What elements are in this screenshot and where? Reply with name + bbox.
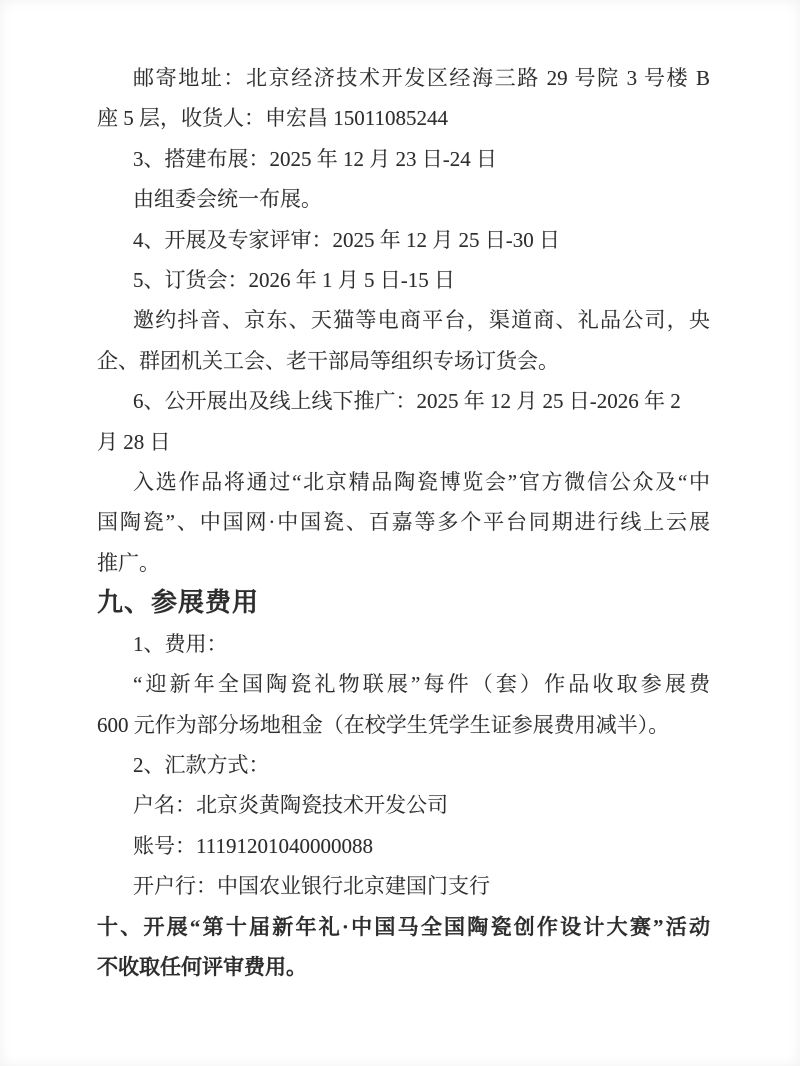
- line-public-display-2: 月 28 日: [97, 422, 710, 462]
- line-remittance-label: 2、汇款方式：: [97, 745, 710, 785]
- line-invited-platforms-1: 邀约抖音、京东、天猫等电商平台，渠道商、礼品公司，央: [97, 300, 710, 340]
- line-order-fair-dates: 5、订货会：2026 年 1 月 5 日-15 日: [97, 260, 710, 300]
- section-heading-contest-1: 十、开展“第十届新年礼·中国马全国陶瓷创作设计大赛”活动: [97, 907, 710, 947]
- line-fee-detail-1: “迎新年全国陶瓷礼物联展”每件（套）作品收取参展费: [97, 664, 710, 704]
- line-review-dates: 4、开展及专家评审：2025 年 12 月 25 日-30 日: [97, 220, 710, 260]
- line-account-number: 账号：11191201040000088: [97, 826, 710, 866]
- line-account-name: 户名：北京炎黄陶瓷技术开发公司: [97, 785, 710, 825]
- line-setup-by-committee: 由组委会统一布展。: [97, 179, 710, 219]
- line-bank-branch: 开户行：中国农业银行北京建国门支行: [97, 866, 710, 906]
- line-mailing-address: 邮寄地址：北京经济技术开发区经海三路 29 号院 3 号楼 B: [97, 58, 710, 98]
- line-recipient-phone: 座 5 层，收货人：申宏昌 15011085244: [97, 98, 710, 138]
- line-online-promo-2: 国陶瓷”、中国网·中国瓷、百嘉等多个平台同期进行线上云展: [97, 502, 710, 542]
- line-fee-label: 1、费用：: [97, 624, 710, 664]
- section-heading-fees: 九、参展费用: [97, 583, 710, 623]
- document-page: 邮寄地址：北京经济技术开发区经海三路 29 号院 3 号楼 B 座 5 层，收货…: [0, 0, 800, 1066]
- line-setup-dates: 3、搭建布展：2025 年 12 月 23 日-24 日: [97, 139, 710, 179]
- section-heading-contest-2: 不收取任何评审费用。: [97, 947, 710, 987]
- line-invited-platforms-2: 企、群团机关工会、老干部局等组织专场订货会。: [97, 341, 710, 381]
- line-public-display-1: 6、公开展出及线上线下推广：2025 年 12 月 25 日-2026 年 2: [97, 381, 710, 421]
- line-online-promo-1: 入选作品将通过“北京精品陶瓷博览会”官方微信公众及“中: [97, 462, 710, 502]
- line-online-promo-3: 推广。: [97, 543, 710, 583]
- line-fee-detail-2: 600 元作为部分场地租金（在校学生凭学生证参展费用减半）。: [97, 705, 710, 745]
